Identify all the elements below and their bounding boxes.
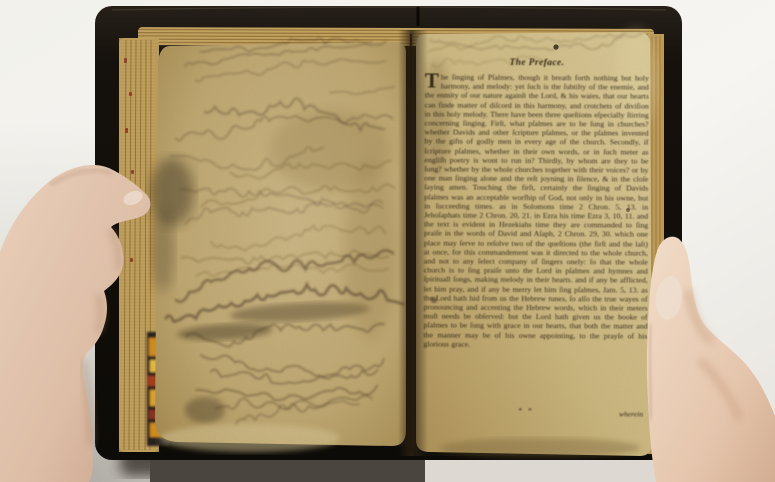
- right-edge-leaf-lines: [652, 36, 660, 452]
- handwriting-line: [211, 361, 378, 387]
- table-dark-band: [150, 452, 670, 482]
- left-edge-leaf-lines: [119, 38, 159, 452]
- left-page-stains: [150, 110, 396, 452]
- right-page: [416, 32, 652, 456]
- photo-antique-book-in-hands: The Preface. The ſinging of Pſalmes, tho…: [0, 0, 775, 482]
- handwriting-line: [171, 147, 324, 173]
- right-page-stains: [422, 30, 656, 458]
- handwriting-line: [432, 55, 555, 68]
- right-page-edges: [648, 34, 664, 454]
- handwriting-line: [230, 160, 392, 179]
- handwriting-line: [165, 279, 404, 322]
- right-hand: [647, 237, 775, 482]
- paper-texture-left: [155, 42, 406, 446]
- right-thumbnail: [654, 275, 684, 321]
- bottom-page-edge: [425, 450, 705, 482]
- handwriting-line: [216, 392, 373, 416]
- handwriting-scribbles: [165, 31, 643, 424]
- left-hand-silhouette: [0, 165, 150, 482]
- handwriting-line: [330, 87, 395, 96]
- left-page: [155, 42, 406, 446]
- handwriting-line: [174, 250, 395, 302]
- signature-mark: * *: [518, 406, 534, 415]
- drop-cap: T: [425, 72, 441, 89]
- printed-page-text: The Preface. The ſinging of Pſalmes, tho…: [423, 57, 649, 420]
- handwriting-line: [196, 381, 378, 405]
- handwriting-line: [196, 260, 388, 277]
- handwriting-line: [186, 319, 385, 349]
- studio-background: [0, 0, 775, 482]
- hands-layer: [0, 0, 775, 482]
- handwriting-line: [176, 114, 393, 141]
- left-index-fingernail: [121, 188, 144, 208]
- handwriting-line: [195, 57, 386, 82]
- book-drop-shadow: [120, 446, 680, 476]
- handwriting-line: [211, 224, 386, 251]
- handwriting-line: [428, 31, 641, 52]
- gutter-shadow: [398, 30, 428, 456]
- left-hand: [0, 165, 150, 482]
- book-cover: [95, 6, 682, 460]
- left-hand-contour: [50, 170, 112, 185]
- right-hand-silhouette: [647, 237, 775, 482]
- page-header: The Preface.: [425, 57, 649, 68]
- background-shadow: [0, 0, 775, 482]
- handwriting-line: [235, 398, 360, 424]
- handwriting-line: [200, 33, 372, 55]
- left-hand-shading: [84, 230, 119, 445]
- handwriting-line: [184, 41, 386, 66]
- base-layer: [0, 0, 775, 482]
- cover-top-highlight: [112, 7, 666, 10]
- page-body-text: The ſinging of Pſalmes, though it breath…: [423, 72, 649, 403]
- handwriting-line: [201, 349, 384, 381]
- handwriting-line: [181, 249, 388, 266]
- right-hand-contour: [649, 324, 652, 420]
- handwriting-line: [185, 200, 382, 224]
- handwriting-line: [205, 95, 384, 135]
- signature-row: * * wherein: [423, 405, 647, 420]
- top-page-edges: [138, 27, 654, 47]
- right-hand-shading: [688, 290, 740, 420]
- handwriting-line: [200, 184, 395, 207]
- left-page-edges: [119, 38, 159, 452]
- paper-texture-right: [416, 32, 652, 456]
- body-paragraph: he ſinging of Pſalmes, though it breath …: [423, 72, 648, 348]
- marbled-endpaper-strip: [147, 332, 169, 446]
- catchword: wherein: [619, 409, 643, 418]
- handwriting-line: [181, 185, 382, 211]
- handwriting-line: [430, 33, 642, 56]
